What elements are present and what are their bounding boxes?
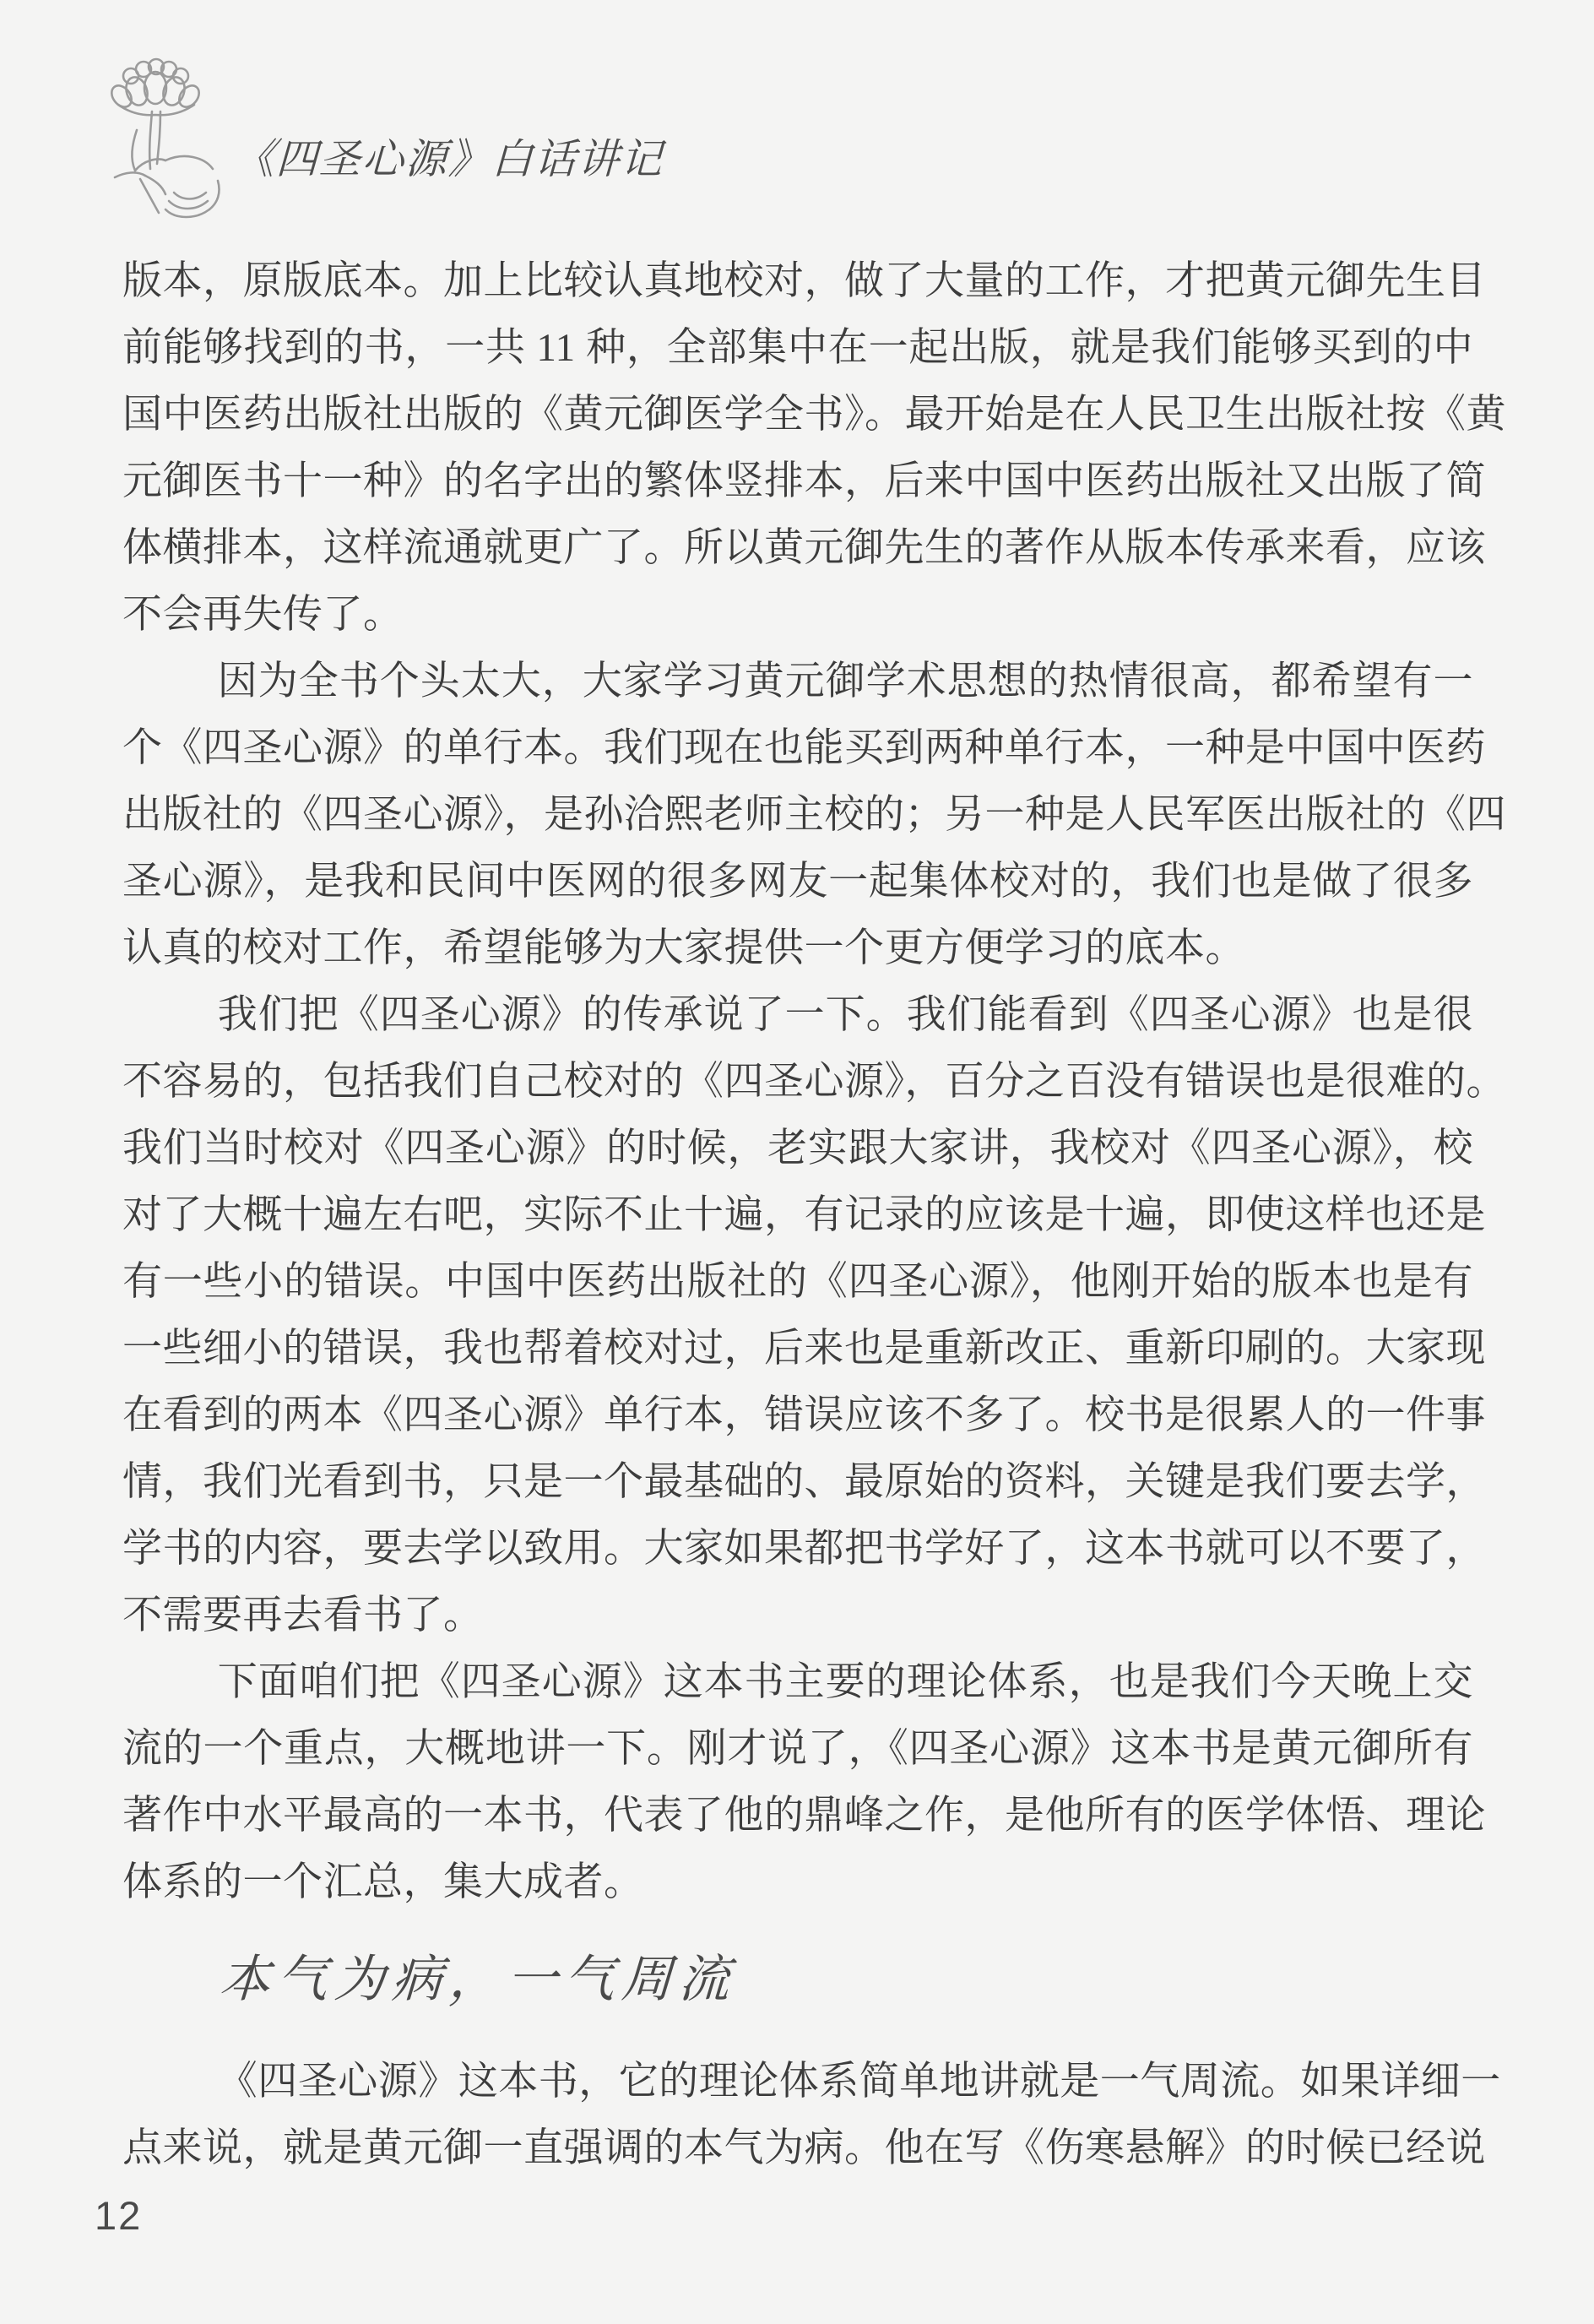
text-line: 不会再失传了。 <box>122 582 1473 649</box>
book-page: 《四圣心源》白话讲记 版本，原版底本。加上比较认真地校对，做了大量的工作，才把黄… <box>0 0 1594 2324</box>
text-line: 我们当时校对《四圣心源》的时候，老实跟大家讲，我校对《四圣心源》，校 <box>122 1116 1473 1182</box>
paragraph: 下面咱们把《四圣心源》这本书主要的理论体系，也是我们今天晚上交 流的一个重点，大… <box>122 1649 1473 1916</box>
text-line: 有一些小的错误。中国中医药出版社的《四圣心源》，他刚开始的版本也是有 <box>122 1249 1473 1316</box>
paragraph: 我们把《四圣心源》的传承说了一下。我们能看到《四圣心源》也是很 不容易的，包括我… <box>122 982 1473 1649</box>
text-line: 不需要再去看书了。 <box>122 1583 1473 1649</box>
section-heading: 本气为病，一气周流 <box>218 1940 1476 2020</box>
text-line: 不容易的，包括我们自己校对的《四圣心源》，百分之百没有错误也是很难的。 <box>122 1049 1473 1116</box>
book-header-title: 《四圣心源》白话讲记 <box>232 128 665 191</box>
text-line: 体系的一个汇总，集大成者。 <box>122 1849 1473 1916</box>
text-line: 因为全书个头太大，大家学习黄元御学术思想的热情很高，都希望有一 <box>122 649 1473 715</box>
text-line: 对了大概十遍左右吧，实际不止十遍，有记录的应该是十遍，即使这样也还是 <box>122 1182 1473 1249</box>
text-line: 情，我们光看到书，只是一个最基础的、最原始的资料，关键是我们要去学， <box>122 1449 1473 1516</box>
page-number: 12 <box>95 2192 142 2239</box>
text-line: 认真的校对工作，希望能够为大家提供一个更方便学习的底本。 <box>122 915 1473 982</box>
text-line: 体横排本，这样流通就更广了。所以黄元御先生的著作从版本传承来看，应该 <box>122 515 1473 582</box>
text-line: 出版社的《四圣心源》，是孙洽熙老师主校的；另一种是人民军医出版社的《四 <box>122 782 1473 849</box>
text-line: 国中医药出版社出版的《黄元御医学全书》。最开始是在人民卫生出版社按《黄 <box>122 382 1473 448</box>
text-line: 元御医书十一种》的名字出的繁体竖排本，后来中国中医药出版社又出版了简 <box>122 448 1473 515</box>
text-line: 《四圣心源》这本书，它的理论体系简单地讲就是一气周流。如果详细一 <box>122 2049 1473 2115</box>
text-line: 在看到的两本《四圣心源》单行本，错误应该不多了。校书是很累人的一件事 <box>122 1382 1473 1449</box>
text-line: 著作中水平最高的一本书，代表了他的鼎峰之作，是他所有的医学体悟、理论 <box>122 1783 1473 1849</box>
text-line: 版本，原版底本。加上比较认真地校对，做了大量的工作，才把黄元御先生目 <box>122 248 1473 315</box>
paragraph: 因为全书个头太大，大家学习黄元御学术思想的热情很高，都希望有一 个《四圣心源》的… <box>122 649 1473 982</box>
text-line: 一些细小的错误，我也帮着校对过，后来也是重新改正、重新印刷的。大家现 <box>122 1316 1473 1382</box>
body-text: 版本，原版底本。加上比较认真地校对，做了大量的工作，才把黄元御先生目 前能够找到… <box>122 248 1473 2182</box>
paragraph: 版本，原版底本。加上比较认真地校对，做了大量的工作，才把黄元御先生目 前能够找到… <box>122 248 1473 649</box>
text-line: 学书的内容，要去学以致用。大家如果都把书学好了，这本书就可以不要了， <box>122 1516 1473 1583</box>
text-line: 下面咱们把《四圣心源》这本书主要的理论体系，也是我们今天晚上交 <box>122 1649 1473 1716</box>
text-line: 点来说，就是黄元御一直强调的本气为病。他在写《伤寒悬解》的时候已经说 <box>122 2115 1473 2182</box>
text-line: 流的一个重点，大概地讲一下。刚才说了，《四圣心源》这本书是黄元御所有 <box>122 1716 1473 1783</box>
text-line: 我们把《四圣心源》的传承说了一下。我们能看到《四圣心源》也是很 <box>122 982 1473 1049</box>
paragraph: 《四圣心源》这本书，它的理论体系简单地讲就是一气周流。如果详细一 点来说，就是黄… <box>122 2049 1473 2182</box>
text-line: 前能够找到的书，一共 11 种，全部集中在一起出版，就是我们能够买到的中 <box>122 315 1473 382</box>
hand-holding-lotus-icon <box>84 52 232 225</box>
text-line: 圣心源》，是我和民间中医网的很多网友一起集体校对的，我们也是做了很多 <box>122 849 1473 915</box>
text-line: 个《四圣心源》的单行本。我们现在也能买到两种单行本，一种是中国中医药 <box>122 715 1473 782</box>
